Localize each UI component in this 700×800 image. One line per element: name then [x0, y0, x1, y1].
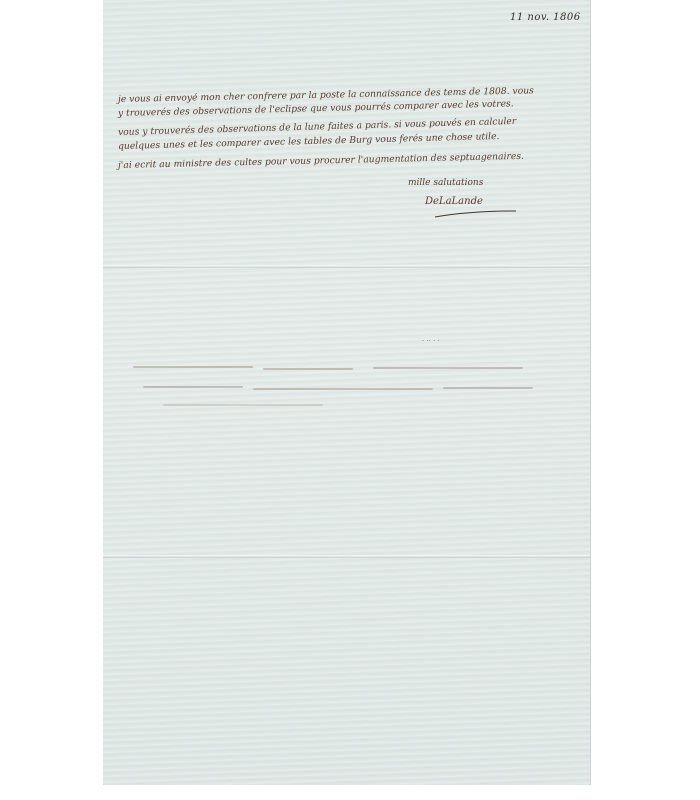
paper-fold-upper — [103, 265, 590, 268]
letter-paper — [103, 0, 590, 785]
signature: DeLaLande — [425, 196, 483, 207]
bleed-through-mark: · ·· · · — [422, 337, 440, 345]
ink-bleed-through — [103, 352, 590, 412]
letter-date: 11 nov. 1806 — [510, 12, 581, 23]
letter-closing: mille salutations — [408, 178, 483, 188]
signature-flourish-icon — [433, 210, 518, 218]
paper-fold-lower — [103, 555, 590, 558]
